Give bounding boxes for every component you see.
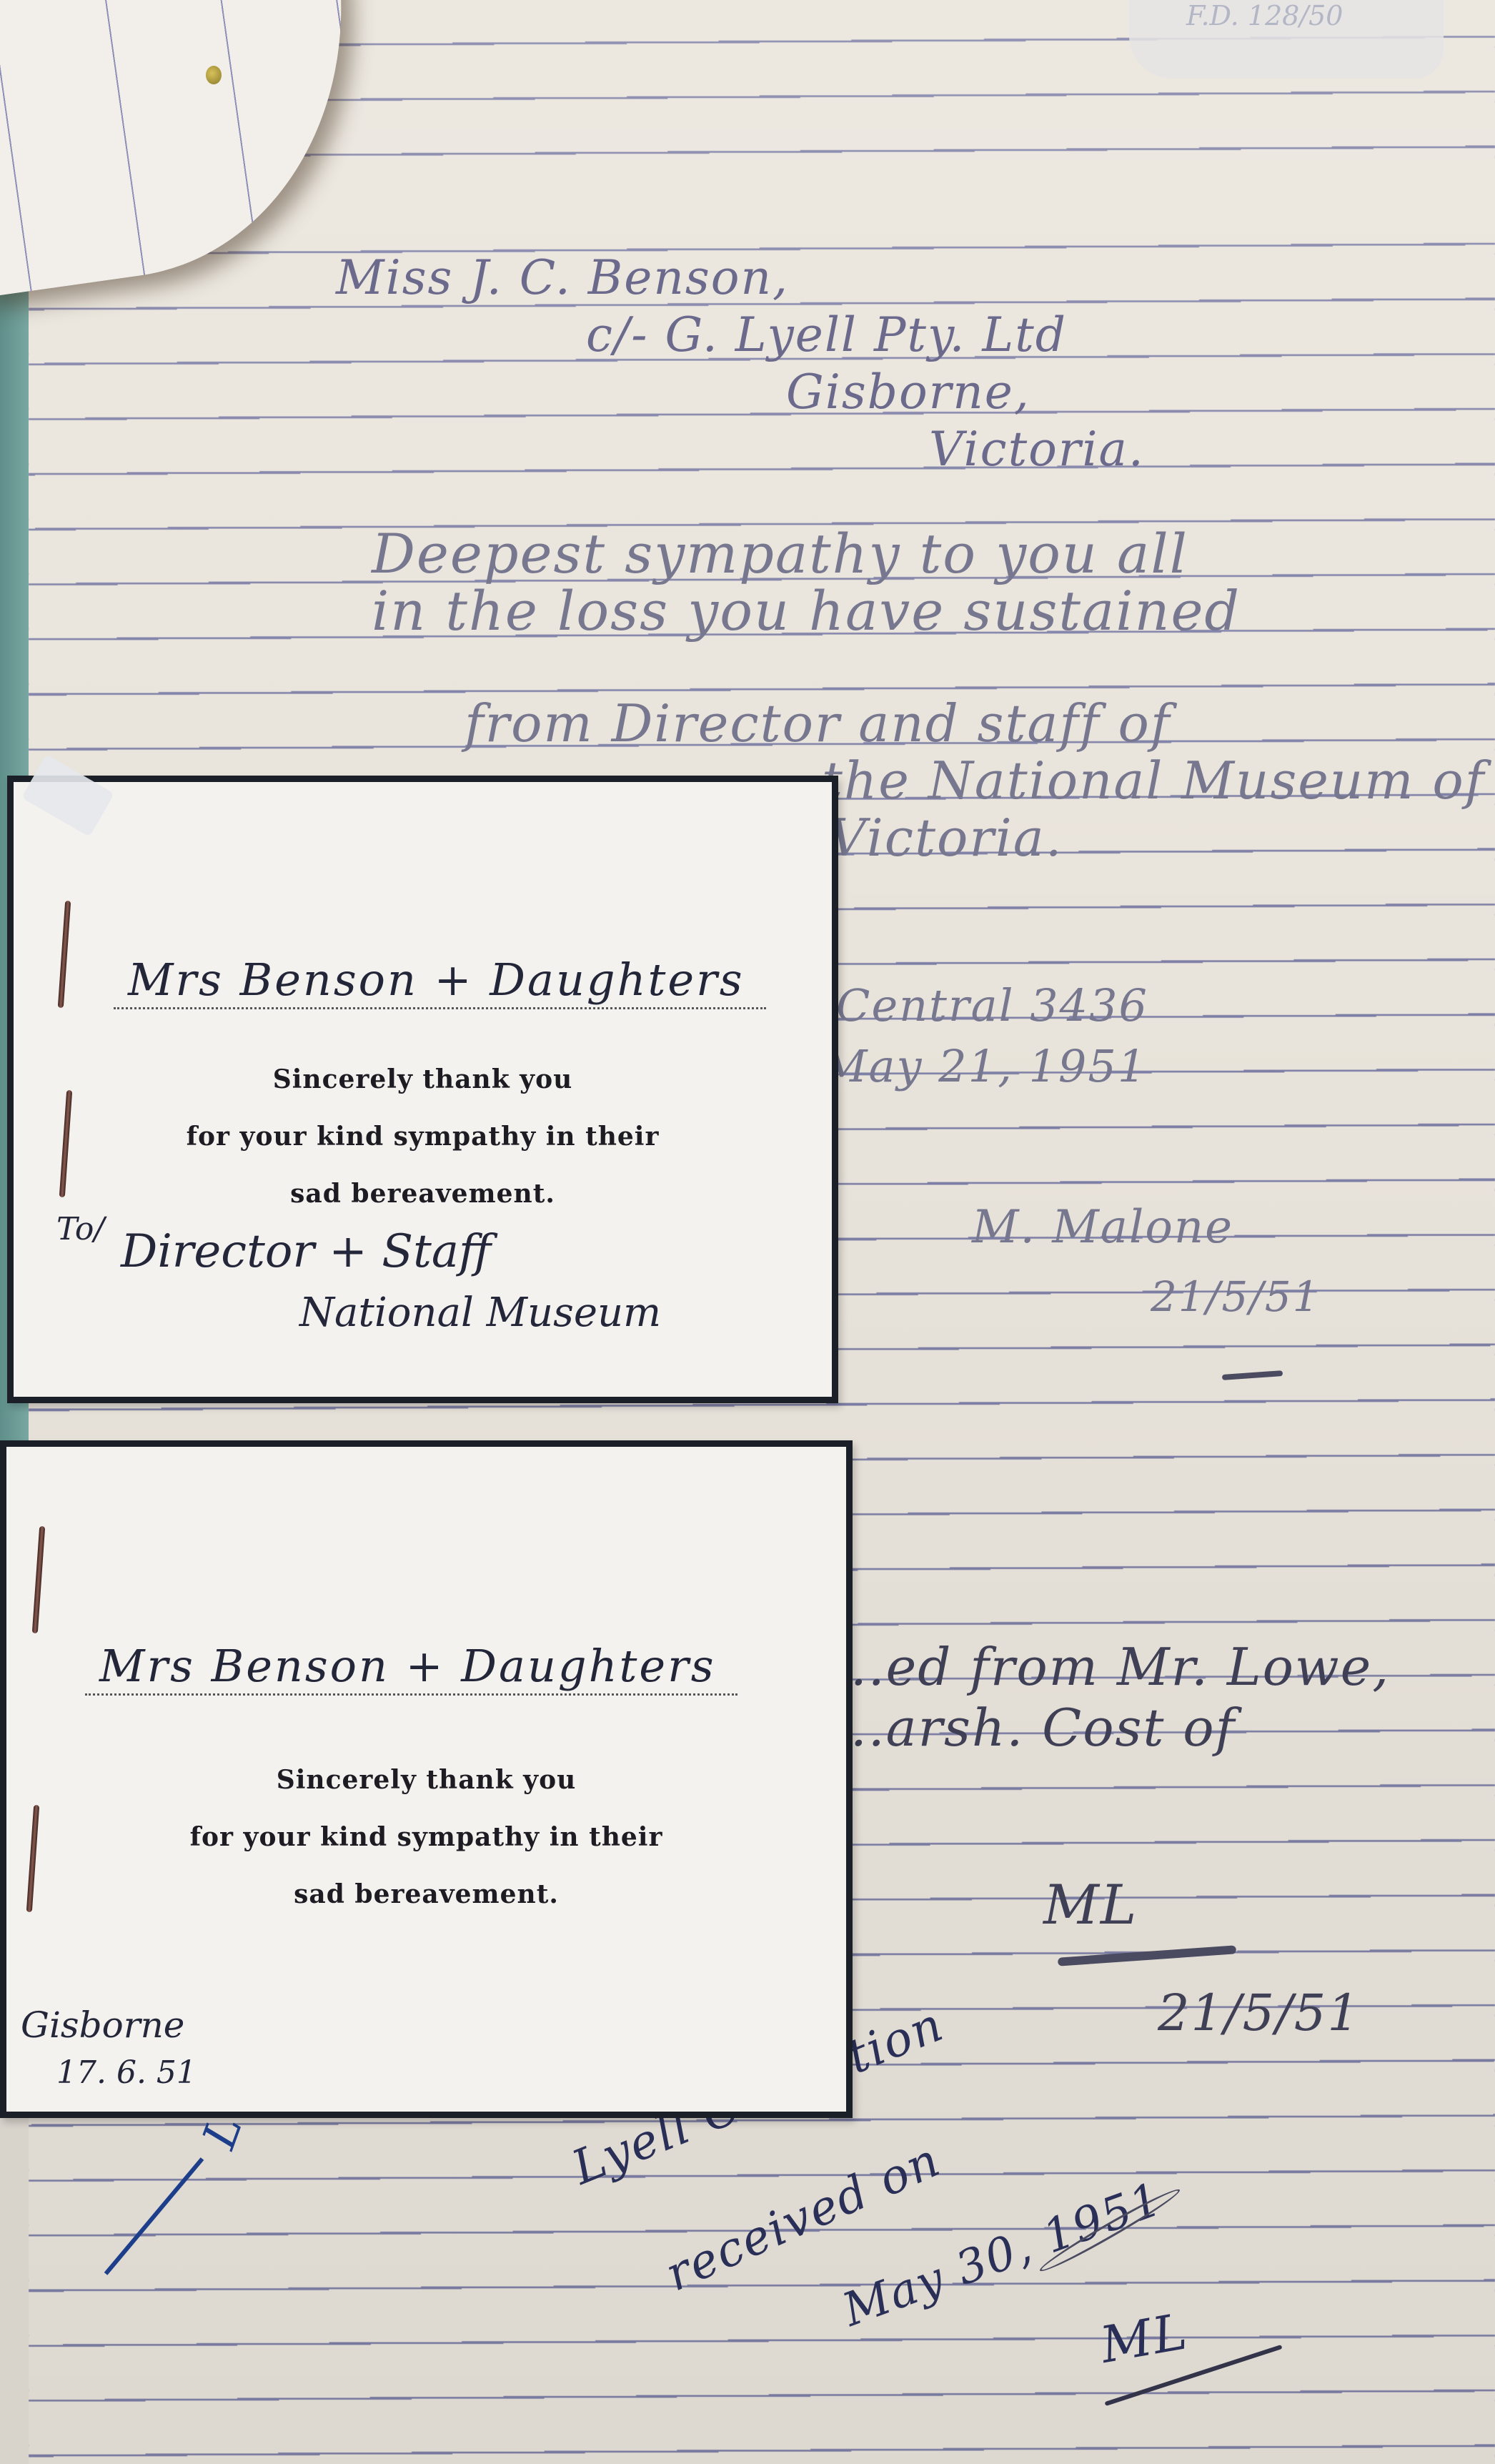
address-name: Miss J. C. Benson, (336, 250, 789, 305)
message-line-1: Deepest sympathy to you all (372, 522, 1188, 585)
initials-date: 21/5/51 (1158, 1984, 1361, 2042)
signature-malone: M. Malone (972, 1201, 1233, 1254)
message-line-4: the National Museum of (822, 751, 1485, 811)
thank-you-card: Mrs Benson + Daughters Sincerely thank y… (7, 776, 838, 1403)
thank-you-card: Mrs Benson + Daughters Sincerely thank y… (0, 1440, 853, 2118)
initials: ML (1043, 1873, 1138, 1936)
note-line-1: ...ed from Mr. Lowe, (833, 1637, 1390, 1697)
note-line-2: ...arsh. Cost of (833, 1698, 1236, 1758)
card-place: Gisborne (21, 2004, 184, 2046)
card-printed-line: for your kind sympathy in their (6, 1822, 846, 1852)
message-line-5: Victoria. (829, 808, 1063, 868)
card-recipient-name: Mrs Benson + Daughters (114, 954, 766, 1009)
address-town: Gisborne, (786, 365, 1030, 420)
card-printed-line: for your kind sympathy in their (14, 1122, 832, 1152)
telephone-number: Central 3436 (836, 979, 1148, 1031)
card-addressee-line-1: Director + Staff (121, 1225, 491, 1278)
date-sent: May 21, 1951 (822, 1040, 1147, 1092)
card-printed-line: Sincerely thank you (14, 1064, 832, 1094)
signature-date: 21/5/51 (1151, 1272, 1321, 1321)
card-addressee-prefix: To/ (56, 1211, 104, 1247)
card-printed-line: sad bereavement. (6, 1879, 846, 1909)
address-company: c/- G. Lyell Pty. Ltd (586, 307, 1067, 362)
card-recipient-name: Mrs Benson + Daughters (85, 1640, 737, 1696)
message-line-2: in the loss you have sustained (372, 579, 1241, 643)
address-state: Victoria. (929, 422, 1145, 477)
message-line-3: from Director and staff of (465, 693, 1171, 753)
card-printed-line: sad bereavement. (14, 1179, 832, 1209)
card-printed-line: Sincerely thank you (6, 1765, 846, 1795)
card-date: 17. 6. 51 (56, 2054, 197, 2091)
reference-number: F.D. 128/50 (1186, 0, 1343, 31)
rivet-icon (206, 66, 222, 84)
card-addressee-line-2: National Museum (299, 1290, 661, 1336)
